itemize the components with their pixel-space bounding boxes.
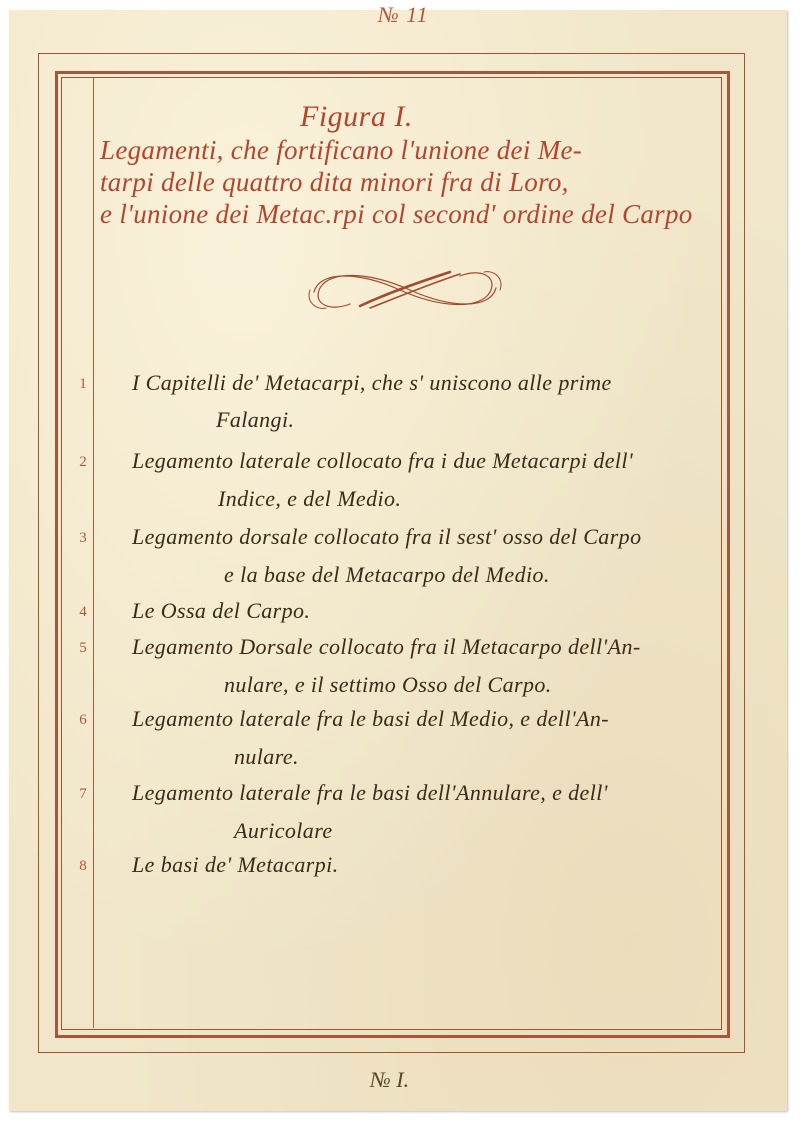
legend-text: Legamento laterale collocato fra i due M… <box>132 448 633 474</box>
legend-text: Le Ossa del Carpo. <box>132 598 310 624</box>
legend-number: 4 <box>76 604 90 621</box>
title-line-3: e l'unione dei Metac.rpi col second' ord… <box>100 198 740 230</box>
legend-number: 8 <box>76 858 90 875</box>
margin-rule <box>93 78 94 1028</box>
page-number-top: № 11 <box>378 2 429 28</box>
title-line-1: Legamenti, che fortificano l'unione dei … <box>100 134 740 166</box>
title-block: Figura I. Legamenti, che fortificano l'u… <box>100 100 740 230</box>
title-line-2: tarpi delle quattro dita minori fra di L… <box>100 166 740 198</box>
legend-text-continued: Indice, e del Medio. <box>218 486 401 512</box>
legend-number: 1 <box>76 376 90 393</box>
legend-text: Legamento dorsale collocato fra il sest'… <box>132 524 641 550</box>
legend-text-continued: Falangi. <box>216 407 294 433</box>
legend-text-continued: Auricolare <box>234 818 333 844</box>
flourish-ornament-icon <box>300 262 510 317</box>
legend-text: Le basi de' Metacarpi. <box>132 852 339 878</box>
legend-number: 5 <box>76 640 90 657</box>
legend-text: I Capitelli de' Metacarpi, che s' unisco… <box>132 370 612 396</box>
legend-number: 7 <box>76 786 90 803</box>
legend-text-continued: nulare, e il settimo Osso del Carpo. <box>224 672 552 698</box>
page-number-bottom: № I. <box>370 1067 409 1093</box>
legend-number: 3 <box>76 530 90 547</box>
legend-text-continued: nulare. <box>234 744 299 770</box>
figure-heading: Figura I. <box>300 100 740 134</box>
legend-number: 2 <box>76 454 90 471</box>
legend-text: Legamento laterale fra le basi dell'Annu… <box>132 780 608 806</box>
legend-number: 6 <box>76 712 90 729</box>
legend-text-continued: e la base del Metacarpo del Medio. <box>224 562 550 588</box>
legend-text: Legamento laterale fra le basi del Medio… <box>132 706 609 732</box>
legend-text: Legamento Dorsale collocato fra il Metac… <box>132 634 641 660</box>
